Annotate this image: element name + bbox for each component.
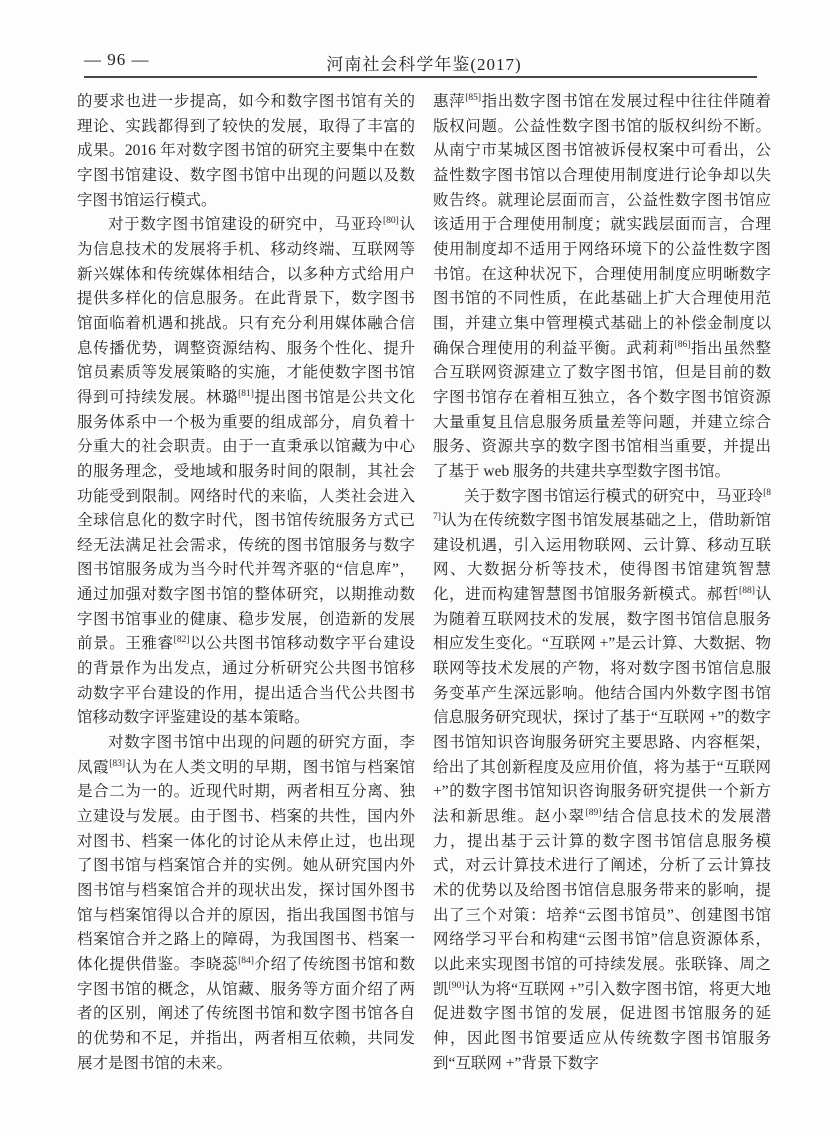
column-left: 的要求也进一步提高，如今和数字图书馆有关的理论、实践都得到了较快的发展，取得了丰… [77, 90, 415, 1076]
citation-ref: [85] [465, 93, 481, 103]
yearbook-scanned-page: — 96 — 河南社会科学年鉴(2017) 的要求也进一步提高，如今和数字图书馆… [0, 0, 839, 1135]
citation-ref: [90] [449, 980, 465, 990]
citation-ref: [86] [675, 339, 691, 349]
citation-ref: [82] [174, 635, 190, 645]
paragraph: 惠萍[85]指出数字图书馆在发展过程中往往伴随着版权问题。公益性数字图书馆的版权… [433, 90, 771, 485]
header-divider-rule [84, 76, 757, 78]
paragraph: 对数字图书馆中出现的问题的研究方面，李凤霞[83]认为在人类文明的早期，图书馆与… [77, 731, 415, 1076]
citation-ref: [84] [238, 956, 254, 966]
text-columns: 的要求也进一步提高，如今和数字图书馆有关的理论、实践都得到了较快的发展，取得了丰… [77, 90, 771, 1076]
page-number: — 96 — [84, 50, 150, 70]
citation-ref: [88] [739, 586, 755, 596]
citation-ref: [87] [433, 487, 771, 522]
column-right: 惠萍[85]指出数字图书馆在发展过程中往往伴随着版权问题。公益性数字图书馆的版权… [433, 90, 771, 1076]
citation-ref: [83] [109, 759, 125, 769]
citation-ref: [81] [238, 389, 254, 399]
citation-ref: [80] [383, 216, 399, 226]
running-title: 河南社会科学年鉴(2017) [77, 50, 771, 75]
paragraph: 的要求也进一步提高，如今和数字图书馆有关的理论、实践都得到了较快的发展，取得了丰… [77, 90, 415, 213]
paragraph: 对于数字图书馆建设的研究中，马亚玲[80]认为信息技术的发展将手机、移动终端、互… [77, 213, 415, 731]
paragraph: 关于数字图书馆运行模式的研究中，马亚玲[87]认为在传统数字图书馆发展基础之上，… [433, 485, 771, 1077]
page-header: — 96 — 河南社会科学年鉴(2017) [77, 50, 771, 72]
citation-ref: [89] [586, 808, 602, 818]
